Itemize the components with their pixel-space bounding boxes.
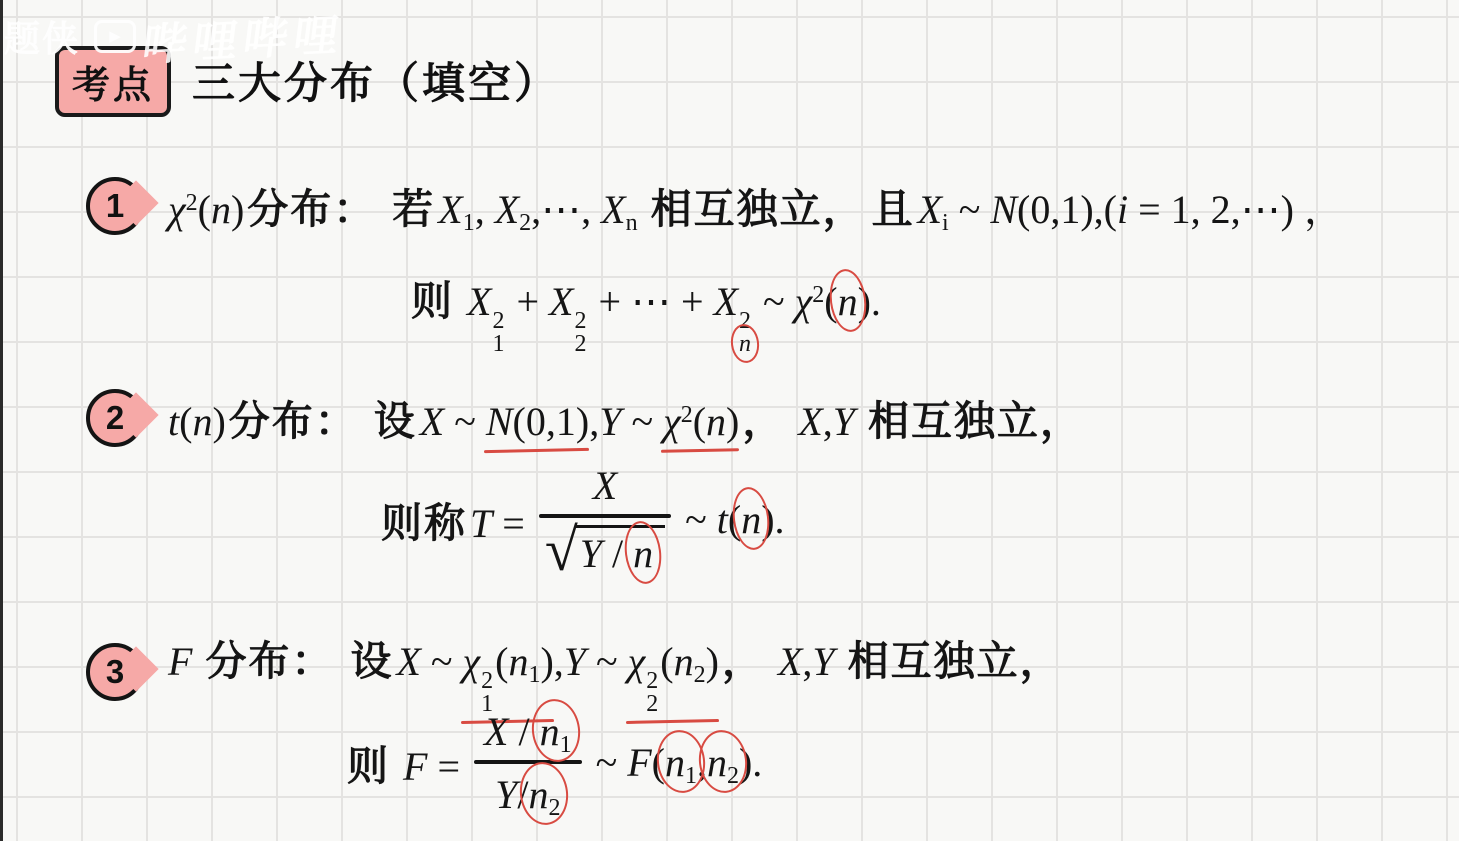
item-number-3: 3 [106,653,124,691]
t-formula-suffix: ~ t(n). [685,496,784,543]
bilibili-play-icon: ▶ [94,20,136,53]
watermark: 题侠 ▶ 哔哩哔哩 [4,4,344,68]
t-distribution-line-2: 则称T = X √Y / n ~ t(n). [378,462,785,577]
t-formula-fraction: X √Y / n [539,462,671,577]
t-distribution-definition-text: t(n)分布： 设X ~ N(0,1),Y ~ χ2(n)， X,Y 相互独立， [168,388,1086,447]
fraction-denominator-sqrt: √Y / n [539,518,671,577]
f-formula-suffix: ~ F(n1,n2). [596,739,763,786]
item-number-1: 1 [106,187,124,225]
left-edge-strip [0,0,3,841]
watermark-scribble: 哔哩哔哩 [139,0,348,73]
fraction-numerator: X / n1 [474,708,582,760]
f-formula-prefix: 则 F = [344,733,460,792]
chi-square-line-1: 1 χ2(n)分布： 若X1, X2,⋯, Xn 相互独立，且Xi ~ N(0,… [86,176,1344,235]
watermark-text: 题侠 [4,11,80,62]
f-distribution-line-1: 3 F 分布： 设X ~ χ21(n1),Y ~ χ22(n2)， X,Y 相互… [86,628,1066,716]
t-distribution-line-1: 2 t(n)分布： 设X ~ N(0,1),Y ~ χ2(n)， X,Y 相互独… [86,388,1086,447]
fraction-numerator: X [583,462,627,514]
item-number-2: 2 [106,399,124,437]
f-distribution-line-2: 则 F = X / n1 Y / n2 ~ F(n1,n2). [344,708,762,818]
t-formula-prefix: 则称T = [378,490,525,549]
lecture-slide: 题侠 ▶ 哔哩哔哩 考点 三大分布（填空） 1 χ2(n)分布： 若X1, X2… [0,0,1459,841]
item-number-2-bullet: 2 [86,389,144,447]
chi-square-definition-text: χ2(n)分布： 若X1, X2,⋯, Xn 相互独立，且Xi ~ N(0,1)… [168,176,1344,235]
item-number-1-bullet: 1 [86,177,144,235]
fraction-denominator: Y / n2 [489,764,566,818]
chi-square-sum-formula: 则 X21 + X22 + ⋯ + X2n ~ χ2(n). [408,268,881,356]
f-distribution-definition-text: F 分布： 设X ~ χ21(n1),Y ~ χ22(n2)， X,Y 相互独立… [168,628,1066,716]
f-formula-fraction: X / n1 Y / n2 [474,708,582,818]
chi-square-line-2: 则 X21 + X22 + ⋯ + X2n ~ χ2(n). [408,268,881,356]
item-number-3-bullet: 3 [86,643,144,701]
